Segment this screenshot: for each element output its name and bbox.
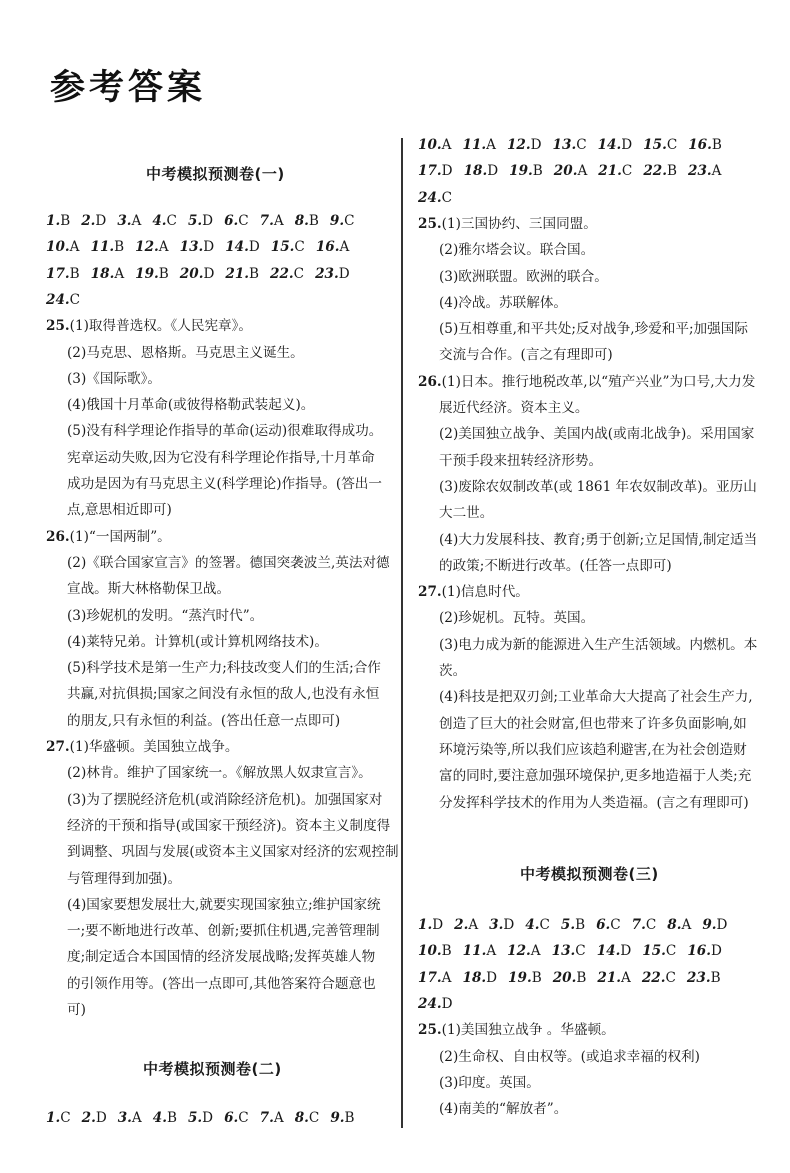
question-number: 6. — [224, 1110, 238, 1126]
mc-answer: 17.B — [46, 264, 80, 284]
answer-continuation-line: (2)生命权、自由权等。(或追求幸福的权利) — [418, 1047, 700, 1067]
question-number: 18. — [462, 970, 486, 986]
question-number: 8. — [667, 917, 681, 933]
question-number: 2. — [81, 213, 95, 229]
mc-answer: 5.D — [188, 211, 213, 231]
question-number: 22. — [270, 266, 294, 282]
answer-text: (1)美国独立战争 。华盛顿。 — [442, 1022, 615, 1038]
question-number: 5. — [188, 213, 202, 229]
answer-letter: D — [202, 213, 213, 229]
answer-text: 茨。 — [439, 663, 466, 679]
question-number: 17. — [418, 163, 442, 179]
answer-continuation-line: (2)马克思、恩格斯。马克思主义诞生。 — [46, 343, 304, 363]
mc-answer: 3.A — [117, 211, 141, 231]
mc-answer-row: 1.C2.D3.A4.B5.D6.C7.A8.C9.B — [46, 1108, 366, 1128]
answer-text: (2)马克思、恩格斯。马克思主义诞生。 — [67, 345, 304, 361]
mc-answer-row: 17.B18.A19.B20.D21.B22.C23.D — [46, 264, 361, 284]
answer-letter: D — [203, 266, 214, 282]
answer-letter: C — [238, 213, 248, 229]
question-number: 1. — [418, 917, 432, 933]
answer-letter: D — [486, 970, 497, 986]
mc-answer-row: 10.A11.A12.D13.C14.D15.C16.B — [418, 135, 733, 155]
answer-continuation-line: (3)珍妮机的发明。“蒸汽时代”。 — [46, 606, 263, 626]
answer-text: 到调整、巩固与发展(或资本主义国家对经济的宏观控制 — [67, 844, 399, 860]
question-number: 10. — [46, 239, 70, 255]
answer-continuation-line: (5)科学技术是第一生产力;科技改变人们的生活;合作 — [46, 658, 381, 678]
exam2-title: 中考模拟预测卷(二) — [143, 1058, 282, 1079]
answer-letter: B — [249, 266, 259, 282]
answer-text: (5)没有科学理论作指导的革命(运动)很难取得成功。 — [67, 423, 382, 439]
answer-text: 交流与合作。(言之有理即可) — [439, 347, 613, 363]
answer-letter: D — [620, 943, 631, 959]
question-number: 14. — [598, 137, 622, 153]
answer-continuation-line: (3)印度。英国。 — [418, 1073, 540, 1093]
answer-continuation-line: (3)废除农奴制改革(或 1861 年农奴制改革)。亚历山 — [418, 477, 757, 497]
mc-answer-row: 10.A11.B12.A13.D14.D15.C16.A — [46, 237, 360, 257]
answer-text: (4)国家要想发展壮大,就要实现国家独立;维护国家统 — [67, 897, 381, 913]
answer-letter: C — [666, 943, 676, 959]
answer-letter: D — [442, 163, 453, 179]
answer-letter: A — [531, 943, 541, 959]
answer-text: 共赢,对抗俱损;国家之间没有永恒的敌人,也没有永恒 — [67, 686, 379, 702]
question-answer-line: 25.(1)取得普选权。《人民宪章》。 — [46, 316, 252, 336]
question-number: 17. — [418, 970, 442, 986]
question-number: 14. — [225, 239, 249, 255]
question-number: 11. — [462, 137, 486, 153]
exam3-title: 中考模拟预测卷(三) — [520, 863, 659, 884]
answer-continuation-line: (2)雅尔塔会议。联合国。 — [418, 240, 594, 260]
question-number: 1. — [46, 213, 60, 229]
mc-answer: 19.B — [509, 161, 543, 181]
answer-letter: C — [667, 137, 677, 153]
mc-answer: 18.D — [462, 968, 497, 988]
mc-answer: 9.B — [330, 1108, 354, 1128]
answer-letter: C — [442, 190, 452, 206]
answer-letter: C — [610, 917, 620, 933]
answer-continuation-line: 共赢,对抗俱损;国家之间没有永恒的敌人,也没有永恒 — [46, 684, 379, 704]
mc-answer: 10.A — [418, 135, 451, 155]
mc-answer-row: 24.D — [418, 994, 464, 1014]
mc-answer-row: 10.B11.A12.A13.C14.D15.C16.D — [418, 941, 733, 961]
answer-letter: D — [203, 239, 214, 255]
answer-letter: D — [531, 137, 542, 153]
mc-answer: 10.B — [418, 941, 452, 961]
mc-answer: 7.C — [632, 915, 657, 935]
answer-letter: C — [622, 163, 632, 179]
answer-text: 干预手段来扭转经济形势。 — [439, 453, 602, 469]
mc-answer: 12.A — [507, 941, 540, 961]
answer-text: (4)南美的“解放者”。 — [439, 1101, 567, 1117]
question-number: 4. — [153, 1110, 167, 1126]
answer-letter: A — [132, 1110, 142, 1126]
mc-answer: 12.A — [135, 237, 168, 257]
mc-answer: 18.D — [464, 161, 499, 181]
question-number: 21. — [225, 266, 249, 282]
question-number: 5. — [561, 917, 575, 933]
answer-continuation-line: (3)为了摆脱经济危机(或消除经济危机)。加强国家对 — [46, 790, 382, 810]
answer-letter: A — [577, 163, 587, 179]
answer-letter: D — [717, 917, 728, 933]
question-number: 9. — [330, 213, 344, 229]
answer-continuation-line: 宪章运动失败,因为它没有科学理论作指导,十月革命 — [46, 448, 375, 468]
question-number: 16. — [688, 137, 712, 153]
mc-answer: 8.C — [295, 1108, 320, 1128]
answer-text: (3)珍妮机的发明。“蒸汽时代”。 — [67, 608, 263, 624]
mc-answer: 13.C — [553, 135, 587, 155]
answer-letter: B — [711, 970, 721, 986]
answer-text: (3)为了摆脱经济危机(或消除经济危机)。加强国家对 — [67, 792, 382, 808]
answer-text: 的引领作用等。(答出一点即可,其他答案符合题意也 — [67, 976, 376, 992]
question-number: 3. — [117, 213, 131, 229]
question-number: 19. — [509, 163, 533, 179]
answer-continuation-line: 经济的干预和指导(或国家干预经济)。资本主义制度得 — [46, 816, 390, 836]
mc-answer: 17.D — [418, 161, 453, 181]
answer-text: 宣战。斯大林格勒保卫战。 — [67, 581, 230, 597]
answer-letter: C — [238, 1110, 248, 1126]
mc-answer: 19.B — [508, 968, 542, 988]
mc-answer: 18.A — [91, 264, 124, 284]
mc-answer: 16.B — [688, 135, 722, 155]
answer-letter: A — [486, 137, 496, 153]
answer-letter: B — [575, 917, 585, 933]
answer-letter: A — [681, 917, 691, 933]
mc-answer: 9.C — [330, 211, 355, 231]
answer-letter: A — [132, 213, 142, 229]
mc-answer: 22.C — [642, 968, 676, 988]
answer-letter: A — [114, 266, 124, 282]
answer-letter: D — [96, 1110, 107, 1126]
answer-letter: B — [167, 1110, 177, 1126]
question-number: 7. — [260, 213, 274, 229]
question-number: 25. — [418, 1022, 442, 1038]
answer-text: (4)科技是把双刃剑;工业革命大大提高了社会生产力, — [439, 689, 753, 705]
answer-letter: D — [202, 1110, 213, 1126]
answer-continuation-line: 可) — [46, 1000, 86, 1020]
mc-answer: 2.D — [82, 1108, 107, 1128]
mc-answer: 20.B — [553, 968, 587, 988]
mc-answer: 9.D — [702, 915, 727, 935]
answer-text: (5)互相尊重,和平共处;反对战争,珍爱和平;加强国际 — [439, 321, 748, 337]
answer-text: (1)“一国两制”。 — [70, 529, 171, 545]
answer-continuation-line: (3)《国际歌》。 — [46, 369, 161, 389]
mc-answer: 6.C — [596, 915, 621, 935]
answer-text: (3)印度。英国。 — [439, 1075, 540, 1091]
mc-answer: 23.D — [315, 264, 350, 284]
mc-answer: 22.B — [643, 161, 677, 181]
answer-continuation-line: 环境污染等,所以我们应该趋利避害,在为社会创造财 — [418, 740, 747, 760]
answer-text: (3)《国际歌》。 — [67, 371, 161, 387]
mc-answer-row: 17.D18.D19.B20.A21.C22.B23.A — [418, 161, 732, 181]
answer-text: 度;制定适合本国国情的经济发展战略;发挥英雄人物 — [67, 949, 375, 965]
mc-answer: 7.A — [260, 1108, 284, 1128]
answer-letter: A — [468, 917, 478, 933]
question-number: 10. — [418, 943, 442, 959]
answer-continuation-line: (4)国家要想发展壮大,就要实现国家独立;维护国家统 — [46, 895, 381, 915]
answer-continuation-line: (2)林肯。维护了国家统一。《解放黑人奴隶宣言》。 — [46, 763, 372, 783]
question-number: 18. — [464, 163, 488, 179]
answer-continuation-line: 点,意思相近即可) — [46, 500, 172, 520]
question-number: 2. — [454, 917, 468, 933]
answer-letter: D — [339, 266, 350, 282]
answer-letter: A — [339, 239, 349, 255]
mc-answer-row: 24.C — [46, 290, 91, 310]
question-number: 4. — [152, 213, 166, 229]
question-number: 17. — [46, 266, 70, 282]
question-number: 20. — [554, 163, 578, 179]
mc-answer: 11.B — [90, 237, 124, 257]
answer-continuation-line: 茨。 — [418, 661, 466, 681]
question-answer-line: 27.(1)信息时代。 — [418, 582, 529, 602]
question-number: 23. — [688, 163, 712, 179]
answer-letter: A — [274, 213, 284, 229]
mc-answer: 3.A — [118, 1108, 142, 1128]
question-number: 24. — [418, 996, 442, 1012]
answer-continuation-line: (5)没有科学理论作指导的革命(运动)很难取得成功。 — [46, 421, 382, 441]
question-number: 2. — [82, 1110, 96, 1126]
answer-text: 分发挥科学技术的作用为人类造福。(言之有理即可) — [439, 795, 749, 811]
answer-letter: D — [503, 917, 514, 933]
mc-answer: 21.C — [598, 161, 632, 181]
answer-continuation-line: (4)科技是把双刃剑;工业革命大大提高了社会生产力, — [418, 687, 753, 707]
column-divider — [401, 138, 403, 1128]
question-number: 15. — [643, 137, 667, 153]
question-answer-line: 25.(1)美国独立战争 。华盛顿。 — [418, 1020, 615, 1040]
mc-answer: 1.B — [46, 211, 70, 231]
question-number: 8. — [295, 1110, 309, 1126]
answer-continuation-line: 宣战。斯大林格勒保卫战。 — [46, 579, 230, 599]
question-number: 11. — [90, 239, 114, 255]
mc-answer: 1.C — [46, 1108, 71, 1128]
answer-letter: B — [159, 266, 169, 282]
answer-letter: A — [712, 163, 722, 179]
answer-text: 的朋友,只有永恒的利益。(答出任意一点即可) — [67, 713, 340, 729]
answer-letter: C — [167, 213, 177, 229]
answer-text: (2)雅尔塔会议。联合国。 — [439, 242, 594, 258]
answer-text: (1)华盛顿。美国独立战争。 — [70, 739, 239, 755]
mc-answer: 5.B — [561, 915, 585, 935]
question-number: 23. — [687, 970, 711, 986]
answer-letter: A — [621, 970, 631, 986]
mc-answer: 21.B — [225, 264, 259, 284]
answer-continuation-line: 到调整、巩固与发展(或资本主义国家对经济的宏观控制 — [46, 842, 399, 862]
answer-text: 宪章运动失败,因为它没有科学理论作指导,十月革命 — [67, 450, 375, 466]
mc-answer-row: 24.C — [418, 188, 463, 208]
answer-text: 点,意思相近即可) — [67, 502, 172, 518]
answer-continuation-line: (2)《联合国家宣言》的签署。德国突袭波兰,英法对德 — [46, 553, 390, 573]
answer-continuation-line: (4)南美的“解放者”。 — [418, 1099, 567, 1119]
answer-text: 经济的干预和指导(或国家干预经济)。资本主义制度得 — [67, 818, 390, 834]
answer-continuation-line: 分发挥科学技术的作用为人类造福。(言之有理即可) — [418, 793, 749, 813]
question-number: 16. — [316, 239, 340, 255]
answer-text: 环境污染等,所以我们应该趋利避害,在为社会创造财 — [439, 742, 747, 758]
question-number: 25. — [418, 216, 442, 232]
answer-letter: B — [533, 163, 543, 179]
answer-text: (4)莱特兄弟。计算机(或计算机网络技术)。 — [67, 634, 328, 650]
mc-answer: 21.A — [597, 968, 630, 988]
mc-answer: 24.C — [418, 188, 452, 208]
question-number: 21. — [597, 970, 621, 986]
question-number: 7. — [260, 1110, 274, 1126]
mc-answer: 24.C — [46, 290, 80, 310]
question-number: 15. — [642, 943, 666, 959]
answer-text: (2)生命权、自由权等。(或追求幸福的权利) — [439, 1049, 700, 1065]
question-number: 3. — [118, 1110, 132, 1126]
question-number: 24. — [418, 190, 442, 206]
mc-answer: 23.B — [687, 968, 721, 988]
question-number: 6. — [596, 917, 610, 933]
answer-text: 成功是因为有马克思主义(科学理论)作指导。(答出一 — [67, 476, 382, 492]
answer-continuation-line: 展近代经济。资本主义。 — [418, 398, 589, 418]
question-number: 22. — [643, 163, 667, 179]
answer-continuation-line: (2)珍妮机。瓦特。英国。 — [418, 608, 594, 628]
question-number: 23. — [315, 266, 339, 282]
answer-continuation-line: (3)电力成为新的能源进入生产生活领域。内燃机。本 — [418, 635, 757, 655]
mc-answer: 7.A — [260, 211, 284, 231]
question-number: 13. — [553, 137, 577, 153]
question-number: 15. — [271, 239, 295, 255]
answer-text: (2)美国独立战争、美国内战(或南北战争)。采用国家 — [439, 426, 754, 442]
question-number: 6. — [224, 213, 238, 229]
mc-answer: 4.C — [152, 211, 177, 231]
answer-text: (1)信息时代。 — [442, 584, 529, 600]
answer-letter: C — [344, 213, 354, 229]
answer-text: (1)日本。推行地税改革,以“殖产兴业”为口号,大力发 — [442, 374, 756, 390]
answer-letter: B — [114, 239, 124, 255]
mc-answer: 16.D — [687, 941, 722, 961]
answer-text: 大二世。 — [439, 505, 493, 521]
question-number: 26. — [46, 529, 70, 545]
question-number: 1. — [46, 1110, 60, 1126]
answer-text: (2)《联合国家宣言》的签署。德国突袭波兰,英法对德 — [67, 555, 390, 571]
answer-letter: D — [487, 163, 498, 179]
question-number: 19. — [135, 266, 159, 282]
question-number: 27. — [46, 739, 70, 755]
question-number: 3. — [489, 917, 503, 933]
answer-letter: B — [532, 970, 542, 986]
question-number: 20. — [180, 266, 204, 282]
answer-continuation-line: 一;要不断地进行改革、创新;要抓住机遇,完善管理制 — [46, 921, 380, 941]
answer-text: (2)珍妮机。瓦特。英国。 — [439, 610, 594, 626]
answer-text: 一;要不断地进行改革、创新;要抓住机遇,完善管理制 — [67, 923, 380, 939]
mc-answer: 6.C — [224, 1108, 249, 1128]
mc-answer: 13.D — [180, 237, 215, 257]
answer-continuation-line: 干预手段来扭转经济形势。 — [418, 451, 602, 471]
mc-answer: 14.D — [598, 135, 633, 155]
answer-letter: D — [95, 213, 106, 229]
mc-answer: 4.B — [153, 1108, 177, 1128]
answer-text: 富的同时,要注意加强环境保护,更多地造福于人类;充 — [439, 768, 751, 784]
answer-letter: B — [712, 137, 722, 153]
answer-letter: B — [576, 970, 586, 986]
question-answer-line: 25.(1)三国协约、三国同盟。 — [418, 214, 597, 234]
answer-letter: C — [60, 1110, 70, 1126]
answer-letter: B — [70, 266, 80, 282]
mc-answer: 23.A — [688, 161, 721, 181]
mc-answer: 2.D — [81, 211, 106, 231]
answer-text: (3)废除农奴制改革(或 1861 年农奴制改革)。亚历山 — [439, 479, 757, 495]
answer-letter: C — [646, 917, 656, 933]
answer-letter: C — [539, 917, 549, 933]
answer-text: (4)冷战。苏联解体。 — [439, 295, 567, 311]
mc-answer: 22.C — [270, 264, 304, 284]
page-title: 参考答案 — [50, 60, 206, 110]
mc-answer: 19.B — [135, 264, 169, 284]
answer-continuation-line: 大二世。 — [418, 503, 493, 523]
answer-letter: C — [575, 943, 585, 959]
question-number: 8. — [295, 213, 309, 229]
mc-answer: 8.B — [295, 211, 319, 231]
answer-letter: B — [442, 943, 452, 959]
exam1-title: 中考模拟预测卷(一) — [146, 163, 285, 184]
question-number: 10. — [418, 137, 442, 153]
question-number: 26. — [418, 374, 442, 390]
mc-answer: 8.A — [667, 915, 691, 935]
answer-text: (3)欧洲联盟。欧洲的联合。 — [439, 269, 608, 285]
question-number: 13. — [552, 943, 576, 959]
answer-letter: D — [711, 943, 722, 959]
answer-text: (1)取得普选权。《人民宪章》。 — [70, 318, 252, 334]
answer-letter: C — [309, 1110, 319, 1126]
answer-continuation-line: (4)大力发展科技、教育;勇于创新;立足国情,制定适当 — [418, 530, 757, 550]
answer-letter: A — [70, 239, 80, 255]
answer-letter: C — [294, 266, 304, 282]
question-number: 14. — [597, 943, 621, 959]
mc-answer: 20.D — [180, 264, 215, 284]
mc-answer: 11.A — [462, 135, 495, 155]
answer-letter: D — [249, 239, 260, 255]
question-number: 18. — [91, 266, 115, 282]
question-number: 9. — [330, 1110, 344, 1126]
question-number: 24. — [46, 292, 70, 308]
answer-letter: D — [442, 996, 453, 1012]
mc-answer: 6.C — [224, 211, 249, 231]
question-number: 4. — [525, 917, 539, 933]
question-number: 12. — [135, 239, 159, 255]
mc-answer: 12.D — [507, 135, 542, 155]
answer-letter: B — [345, 1110, 355, 1126]
answer-letter: A — [274, 1110, 284, 1126]
answer-letter: C — [70, 292, 80, 308]
answer-text: (2)林肯。维护了国家统一。《解放黑人奴隶宣言》。 — [67, 765, 372, 781]
answer-text: (4)大力发展科技、教育;勇于创新;立足国情,制定适当 — [439, 532, 757, 548]
mc-answer: 11.A — [463, 941, 496, 961]
answer-continuation-line: 的朋友,只有永恒的利益。(答出任意一点即可) — [46, 711, 340, 731]
mc-answer: 17.A — [418, 968, 451, 988]
answer-text: (3)电力成为新的能源进入生产生活领域。内燃机。本 — [439, 637, 757, 653]
mc-answer: 15.C — [642, 941, 676, 961]
mc-answer: 20.A — [554, 161, 587, 181]
question-number: 27. — [418, 584, 442, 600]
answer-continuation-line: 交流与合作。(言之有理即可) — [418, 345, 613, 365]
answer-continuation-line: 成功是因为有马克思主义(科学理论)作指导。(答出一 — [46, 474, 382, 494]
question-answer-line: 26.(1)“一国两制”。 — [46, 527, 171, 547]
answer-letter: C — [576, 137, 586, 153]
mc-answer: 14.D — [597, 941, 632, 961]
answer-continuation-line: 的政策;不断进行改革。(任答一点即可) — [418, 556, 672, 576]
question-number: 16. — [687, 943, 711, 959]
question-number: 20. — [553, 970, 577, 986]
question-number: 22. — [642, 970, 666, 986]
answer-letter: C — [666, 970, 676, 986]
mc-answer: 13.C — [552, 941, 586, 961]
answer-letter: B — [60, 213, 70, 229]
answer-text: 的政策;不断进行改革。(任答一点即可) — [439, 558, 672, 574]
question-number: 11. — [463, 943, 487, 959]
answer-continuation-line: (2)美国独立战争、美国内战(或南北战争)。采用国家 — [418, 424, 754, 444]
mc-answer: 15.C — [271, 237, 305, 257]
mc-answer-row: 1.D2.A3.D4.C5.B6.C7.C8.A9.D — [418, 915, 738, 935]
question-number: 25. — [46, 318, 70, 334]
